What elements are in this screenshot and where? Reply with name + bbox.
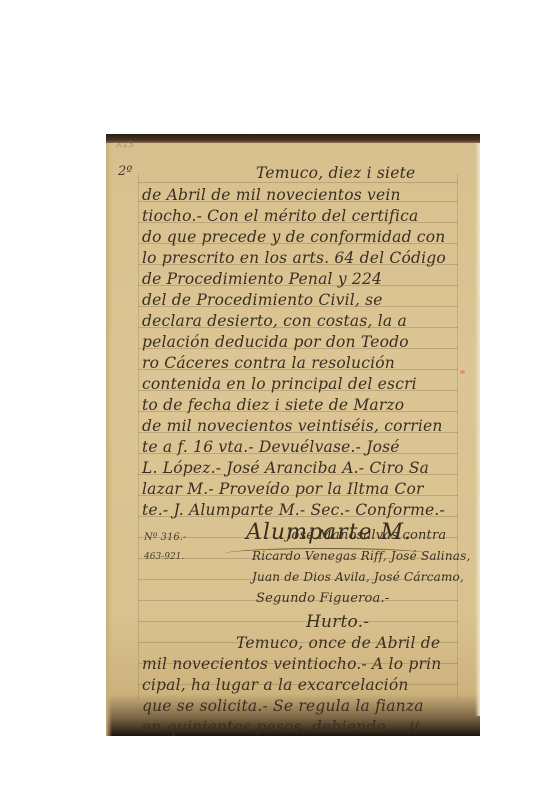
folio-stamp: X13 <box>116 140 134 150</box>
case-reference: 463-921. <box>144 552 184 562</box>
case-title: Hurto.- <box>306 612 480 632</box>
text-line: en quinientos pesos, debiendo <box>142 718 480 736</box>
text-line: contenida en lo principal del escri <box>142 375 480 393</box>
text-line: lo prescrito en los arts. 64 del Código <box>142 249 480 267</box>
text-line: te a f. 16 vta.- Devuélvase.- José <box>142 438 480 456</box>
book-top-edge <box>106 134 480 143</box>
parties-line: Juan de Dios Avila, José Cárcamo, <box>252 570 480 584</box>
red-mark <box>460 370 465 374</box>
text-line: de Procedimiento Penal y 224 <box>142 270 480 288</box>
text-line: de mil novecientos veintiséis, corrien <box>142 417 480 435</box>
text-line: que se solicita.- Se regula la fianza <box>142 697 480 715</box>
case-number: Nº 316.- <box>144 532 186 543</box>
text-line: te.- J. Alumparte M.- Sec.- Conforme.- <box>142 501 480 519</box>
text-line: to de fecha diez i siete de Marzo <box>142 396 480 414</box>
page-gutter-shadow <box>106 143 112 736</box>
text-line: L. López.- José Aranciba A.- Ciro Sa <box>142 459 480 477</box>
parties-line: Segundo Figueroa.- <box>256 591 480 606</box>
text-line: mil novecientos veintiocho.- A lo prin <box>142 655 480 673</box>
text-line: ro Cáceres contra la resolución <box>142 354 480 372</box>
parties-line: Ricardo Venegas Riff, José Salinas, <box>252 549 480 563</box>
parties-line: José Manosalvas contra <box>286 528 480 543</box>
text-line: de Abril de mil novecientos vein <box>142 186 480 204</box>
document-scan: X13 2º Temuco, diez i siete de Abril de … <box>106 134 480 736</box>
text-line: cipal, ha lugar a la excarcelación <box>142 676 480 694</box>
text-line: tiocho.- Con el mérito del certifica <box>142 207 480 225</box>
text-line: Temuco, diez i siete <box>256 164 480 182</box>
text-line: do que precede y de conformidad con <box>142 228 480 246</box>
text-line: declara desierto, con costas, la a <box>142 312 480 330</box>
section-margin-mark: 2º <box>118 164 132 179</box>
text-line: pelación deducida por don Teodo <box>142 333 480 351</box>
text-line: Temuco, once de Abril de <box>236 634 480 652</box>
text-line: del de Procedimiento Civil, se <box>142 291 480 309</box>
ruled-line <box>138 182 458 183</box>
text-line: lazar M.- Proveído por la Iltma Cor <box>142 480 480 498</box>
continuation-mark: // <box>408 718 419 736</box>
